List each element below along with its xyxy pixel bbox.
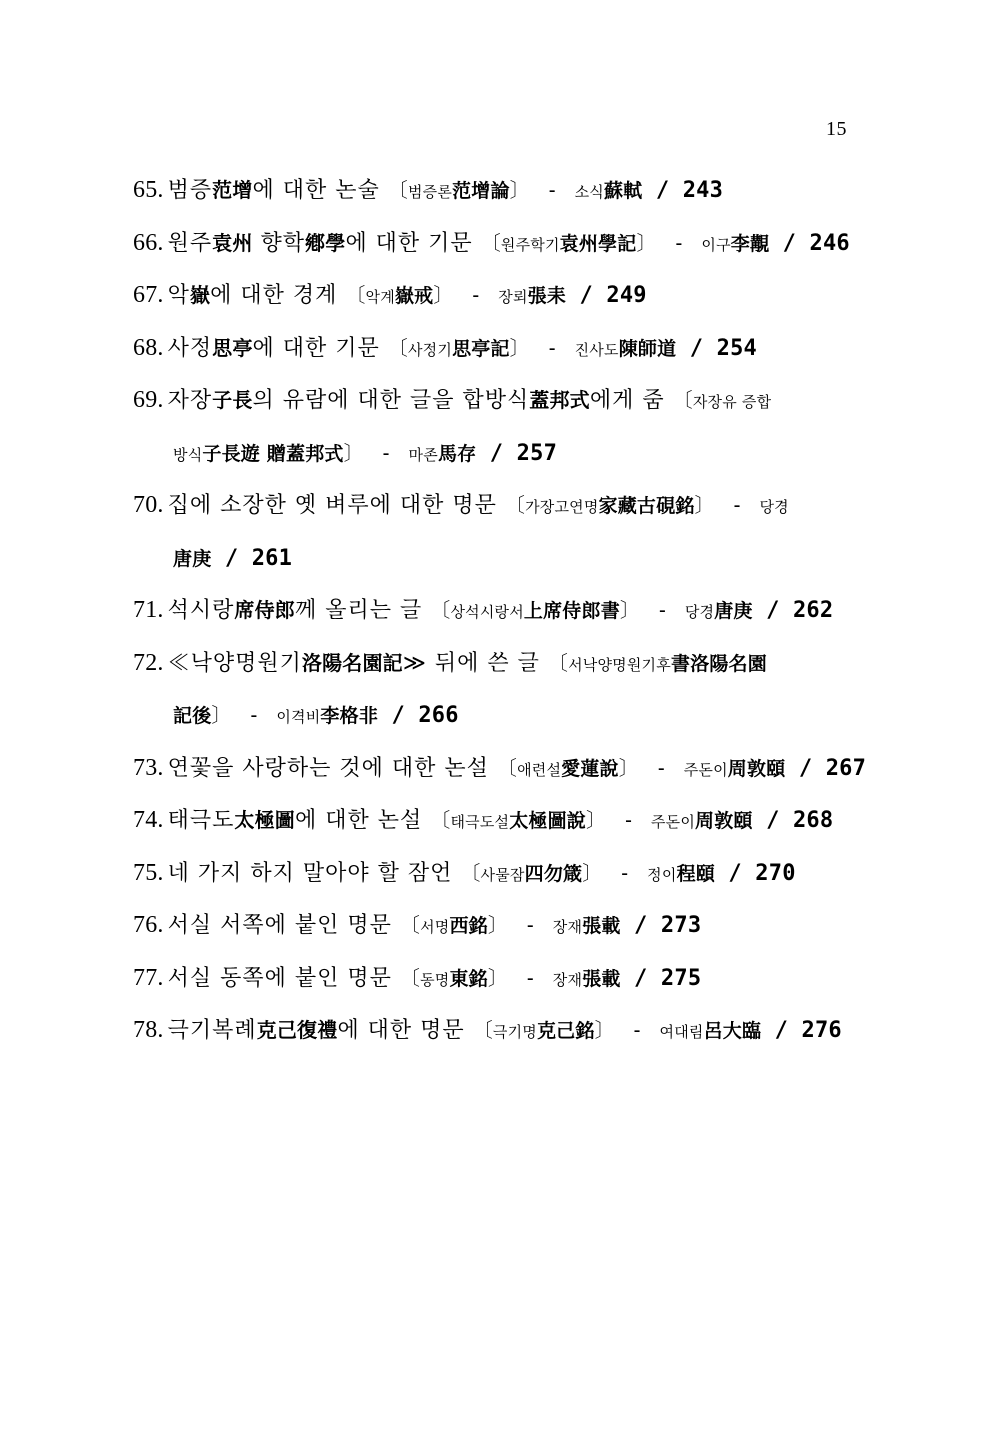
original-title-hangul: 이구 bbox=[701, 236, 730, 254]
entry-number: 70. bbox=[133, 492, 164, 518]
separator: - bbox=[512, 913, 549, 937]
bracket: 〕 bbox=[636, 231, 656, 255]
toc-entry: 77.서실 동쪽에 붙인 명문 〔동명東銘〕 - 장재張載 / 275 bbox=[133, 960, 863, 1013]
original-title-hangul: 장뢰 bbox=[498, 288, 527, 306]
bracket: 〔 bbox=[481, 231, 501, 255]
toc-entry-continuation: 唐庚 / 261 bbox=[133, 540, 863, 593]
original-title-hangul: 서낙양명원기후 bbox=[568, 656, 671, 674]
page-reference: / 261 bbox=[211, 546, 292, 571]
original-title-hanja: 克己銘 bbox=[537, 1020, 595, 1042]
original-title-hanja: 周敦頤 bbox=[728, 758, 786, 780]
entry-number: 74. bbox=[133, 807, 164, 833]
entry-title-text: 의 유람에 대한 글을 합방식 bbox=[253, 388, 530, 413]
bracket: 〕 bbox=[344, 441, 364, 465]
entry-title-text: 원주 bbox=[168, 231, 213, 256]
separator: - bbox=[458, 283, 495, 307]
entry-title-text: 태극도 bbox=[168, 808, 235, 833]
original-title-hanja: 陳師道 bbox=[619, 338, 677, 360]
entry-number: 68. bbox=[133, 335, 164, 361]
bracket: 〕 bbox=[695, 493, 715, 517]
bracket: 〕 bbox=[488, 913, 508, 937]
bracket: 〕 bbox=[619, 756, 639, 780]
bracket: 〕 bbox=[510, 178, 530, 202]
original-title-hanja: 記後 bbox=[173, 705, 211, 727]
entry-title-text: 에 대한 명문 bbox=[337, 1018, 472, 1043]
toc-entry: 78.극기복례克己復禮에 대한 명문 〔극기명克己銘〕 - 여대림呂大臨 / 2… bbox=[133, 1012, 863, 1065]
entry-title-text: 에 대한 기문 bbox=[345, 231, 480, 256]
entry-number: 67. bbox=[133, 282, 164, 308]
toc-entry-continuation: 방식子長遊 贈蓋邦式〕 - 마존馬存 / 257 bbox=[133, 435, 863, 488]
entry-title-text: ≫ 뒤에 쓴 글 bbox=[403, 651, 548, 676]
original-title-hangul: 사물잠 bbox=[481, 866, 525, 884]
entry-title-text: ≪낙양명원기 bbox=[168, 651, 302, 676]
toc-entry: 70.집에 소장한 옛 벼루에 대한 명문 〔가장고연명家藏古硯銘〕 - 당경 bbox=[133, 487, 863, 540]
entry-title-text: 석시랑 bbox=[168, 598, 235, 623]
page-reference: / 249 bbox=[566, 283, 647, 308]
original-title-hanja: 張耒 bbox=[528, 285, 566, 307]
original-title-hanja: 四勿箴 bbox=[525, 863, 583, 885]
entry-title-text: 향학 bbox=[253, 231, 306, 256]
bracket: 〔 bbox=[548, 651, 568, 675]
entry-number: 77. bbox=[133, 965, 164, 991]
bracket: 〕 bbox=[211, 703, 231, 727]
page-reference: / 275 bbox=[621, 966, 702, 991]
toc-entry: 65.범증范增에 대한 논술 〔범증론范增論〕 - 소식蘇軾 / 243 bbox=[133, 172, 863, 225]
original-title-hangul: 장재 bbox=[553, 971, 582, 989]
entry-title-hanja: 嶽 bbox=[190, 283, 210, 307]
toc-entry: 75.네 가지 하지 말아야 할 잠언 〔사물잠四勿箴〕 - 정이程頤 / 27… bbox=[133, 855, 863, 908]
bracket: 〔 bbox=[497, 756, 517, 780]
page-reference: / 276 bbox=[761, 1018, 842, 1043]
original-title-hangul: 원주학기 bbox=[501, 236, 560, 254]
original-title-hangul: 장재 bbox=[553, 918, 582, 936]
toc-entry: 68.사정思亭에 대한 기문 〔사정기思亭記〕 - 진사도陳師道 / 254 bbox=[133, 330, 863, 383]
original-title-hangul: 당경 bbox=[759, 498, 788, 516]
original-title-hangul: 애련설 bbox=[517, 761, 561, 779]
bracket: 〔 bbox=[673, 388, 693, 412]
toc-entry: 67.악嶽에 대한 경계 〔악계嶽戒〕 - 장뢰張耒 / 249 bbox=[133, 277, 863, 330]
original-title-hanja: 張載 bbox=[582, 915, 620, 937]
page-reference: / 266 bbox=[378, 703, 459, 728]
entry-title-text: 범증 bbox=[168, 178, 213, 203]
original-title-hanja: 呂大臨 bbox=[704, 1020, 762, 1042]
bracket: 〕 bbox=[586, 808, 606, 832]
bracket: 〔 bbox=[460, 861, 480, 885]
entry-number: 78. bbox=[133, 1017, 164, 1043]
page-reference: / 246 bbox=[769, 231, 850, 256]
original-title-hanja: 書洛陽名園 bbox=[671, 653, 767, 675]
entry-title-hanja: 鄕學 bbox=[305, 231, 345, 255]
original-title-hangul: 악계 bbox=[366, 288, 395, 306]
original-title-hanja: 范增論 bbox=[452, 180, 510, 202]
separator: - bbox=[661, 231, 698, 255]
original-title-hangul: 방식 bbox=[173, 446, 202, 464]
page-reference: / 257 bbox=[476, 441, 557, 466]
original-title-hangul: 여대림 bbox=[660, 1023, 704, 1041]
toc-entry: 76.서실 서쪽에 붙인 명문 〔서명西銘〕 - 장재張載 / 273 bbox=[133, 907, 863, 960]
entry-title-hanja: 洛陽名園記 bbox=[302, 651, 403, 675]
bracket: 〔 bbox=[388, 178, 408, 202]
entry-title-hanja: 范增 bbox=[212, 178, 252, 202]
entry-title-text: 악 bbox=[168, 283, 190, 308]
entry-title-text: 에 대한 논술 bbox=[253, 178, 388, 203]
original-title-hanja: 周敦頤 bbox=[695, 810, 753, 832]
separator: - bbox=[606, 861, 643, 885]
table-of-contents: 65.범증范增에 대한 논술 〔범증론范增論〕 - 소식蘇軾 / 24366.원… bbox=[133, 172, 863, 1065]
toc-entry: 71.석시랑席侍郎께 올리는 글 〔상석시랑서上席侍郎書〕 - 당경唐庚 / 2… bbox=[133, 592, 863, 645]
entry-number: 73. bbox=[133, 755, 164, 781]
page-reference: / 267 bbox=[785, 756, 866, 781]
entry-title-hanja: 袁州 bbox=[212, 231, 252, 255]
bracket: 〔 bbox=[505, 493, 525, 517]
bracket: 〔 bbox=[473, 1018, 493, 1042]
separator: - bbox=[368, 441, 405, 465]
page-reference: / 273 bbox=[621, 913, 702, 938]
original-title-hanja: 思亭記 bbox=[452, 338, 510, 360]
page-reference: / 268 bbox=[753, 808, 834, 833]
original-title-hanja: 程頤 bbox=[677, 863, 715, 885]
separator: - bbox=[534, 336, 571, 360]
bracket: 〔 bbox=[430, 808, 450, 832]
toc-entry: 73.연꽃을 사랑하는 것에 대한 논설 〔애련설愛蓮說〕 - 주돈이周敦頤 /… bbox=[133, 750, 863, 803]
original-title-hanja: 西銘 bbox=[449, 915, 487, 937]
entry-number: 69. bbox=[133, 387, 164, 413]
entry-title-hanja: 思亭 bbox=[212, 336, 252, 360]
entry-title-text: 서실 동쪽에 붙인 명문 bbox=[168, 966, 400, 991]
page-number: 15 bbox=[826, 118, 847, 141]
bracket: 〕 bbox=[488, 966, 508, 990]
original-title-hanja: 上席侍郎書 bbox=[524, 600, 620, 622]
original-title-hangul: 범증론 bbox=[408, 183, 452, 201]
entry-title-text: 서실 서쪽에 붙인 명문 bbox=[168, 913, 400, 938]
entry-title-text: 네 가지 하지 말아야 할 잠언 bbox=[168, 861, 461, 886]
original-title-hangul: 동명 bbox=[420, 971, 449, 989]
separator: - bbox=[719, 493, 756, 517]
toc-entry-continuation: 記後〕 - 이격비李格非 / 266 bbox=[133, 697, 863, 750]
original-title-hangul: 주돈이 bbox=[684, 761, 728, 779]
original-title-hangul: 소식 bbox=[575, 183, 604, 201]
separator: - bbox=[236, 703, 273, 727]
original-title-hanja: 李格非 bbox=[320, 705, 378, 727]
page-reference: / 243 bbox=[642, 178, 723, 203]
original-title-hanja: 馬存 bbox=[438, 443, 476, 465]
entry-title-text: 에 대한 기문 bbox=[253, 336, 388, 361]
original-title-hangul: 마존 bbox=[409, 446, 438, 464]
entry-title-text: 에게 줌 bbox=[590, 388, 673, 413]
bracket: 〔 bbox=[430, 598, 450, 622]
original-title-hangul: 정이 bbox=[647, 866, 676, 884]
original-title-hangul: 주돈이 bbox=[651, 813, 695, 831]
entry-title-hanja: 太極圖 bbox=[234, 808, 295, 832]
entry-title-text: 께 올리는 글 bbox=[295, 598, 430, 623]
separator: - bbox=[534, 178, 571, 202]
original-title-hangul: 극기명 bbox=[493, 1023, 537, 1041]
toc-entry: 69.자장子長의 유람에 대한 글을 합방식蓋邦式에게 줌 〔자장유 증합 bbox=[133, 382, 863, 435]
original-title-hanja: 李覯 bbox=[731, 233, 769, 255]
entry-number: 71. bbox=[133, 597, 164, 623]
toc-entry: 72.≪낙양명원기洛陽名園記≫ 뒤에 쓴 글 〔서낙양명원기후書洛陽名園 bbox=[133, 645, 863, 698]
separator: - bbox=[644, 598, 681, 622]
original-title-hangul: 당경 bbox=[685, 603, 714, 621]
entry-number: 72. bbox=[133, 650, 164, 676]
entry-title-hanja: 蓋邦式 bbox=[529, 388, 590, 412]
separator: - bbox=[619, 1018, 656, 1042]
entry-number: 75. bbox=[133, 860, 164, 886]
bracket: 〔 bbox=[400, 913, 420, 937]
original-title-hanja: 東銘 bbox=[449, 968, 487, 990]
entry-title-hanja: 克己復禮 bbox=[257, 1018, 338, 1042]
entry-title-text: 집에 소장한 옛 벼루에 대한 명문 bbox=[168, 493, 505, 518]
original-title-hanja: 子長遊 贈蓋邦式 bbox=[202, 443, 343, 465]
entry-title-text: 에 대한 논설 bbox=[295, 808, 430, 833]
original-title-hangul: 태극도설 bbox=[450, 813, 509, 831]
original-title-hangul: 자장유 증합 bbox=[693, 393, 771, 411]
separator: - bbox=[512, 966, 549, 990]
bracket: 〕 bbox=[433, 283, 453, 307]
original-title-hanja: 袁州學記 bbox=[560, 233, 637, 255]
entry-title-text: 연꽃을 사랑하는 것에 대한 논설 bbox=[168, 756, 497, 781]
bracket: 〕 bbox=[620, 598, 640, 622]
entry-title-hanja: 席侍郎 bbox=[234, 598, 295, 622]
bracket: 〔 bbox=[400, 966, 420, 990]
bracket: 〕 bbox=[595, 1018, 615, 1042]
bracket: 〕 bbox=[510, 336, 530, 360]
original-title-hanja: 唐庚 bbox=[714, 600, 752, 622]
entry-number: 65. bbox=[133, 177, 164, 203]
entry-title-text: 극기복례 bbox=[168, 1018, 257, 1043]
original-title-hanja: 嶽戒 bbox=[395, 285, 433, 307]
original-title-hangul: 이격비 bbox=[276, 708, 320, 726]
original-title-hangul: 진사도 bbox=[575, 341, 619, 359]
page-reference: / 270 bbox=[715, 861, 796, 886]
original-title-hangul: 사정기 bbox=[408, 341, 452, 359]
entry-number: 76. bbox=[133, 912, 164, 938]
toc-entry: 74.태극도太極圖에 대한 논설 〔태극도설太極圖說〕 - 주돈이周敦頤 / 2… bbox=[133, 802, 863, 855]
bracket: 〔 bbox=[345, 283, 365, 307]
original-title-hanja: 家藏古硯銘 bbox=[599, 495, 695, 517]
entry-number: 66. bbox=[133, 230, 164, 256]
original-title-hanja: 愛蓮說 bbox=[561, 758, 619, 780]
separator: - bbox=[643, 756, 680, 780]
original-title-hanja: 唐庚 bbox=[173, 548, 211, 570]
separator: - bbox=[610, 808, 647, 832]
original-title-hangul: 가장고연명 bbox=[525, 498, 598, 516]
page-reference: / 262 bbox=[753, 598, 834, 623]
original-title-hangul: 상석시랑서 bbox=[450, 603, 523, 621]
original-title-hangul: 서명 bbox=[420, 918, 449, 936]
entry-title-text: 자장 bbox=[168, 388, 213, 413]
page-reference: / 254 bbox=[676, 336, 757, 361]
entry-title-hanja: 子長 bbox=[212, 388, 252, 412]
original-title-hanja: 蘇軾 bbox=[604, 180, 642, 202]
entry-title-text: 에 대한 경계 bbox=[210, 283, 345, 308]
original-title-hanja: 太極圖說 bbox=[509, 810, 586, 832]
bracket: 〔 bbox=[388, 336, 408, 360]
original-title-hanja: 張載 bbox=[582, 968, 620, 990]
entry-title-text: 사정 bbox=[168, 336, 213, 361]
bracket: 〕 bbox=[582, 861, 602, 885]
toc-entry: 66.원주袁州 향학鄕學에 대한 기문 〔원주학기袁州學記〕 - 이구李覯 / … bbox=[133, 225, 863, 278]
